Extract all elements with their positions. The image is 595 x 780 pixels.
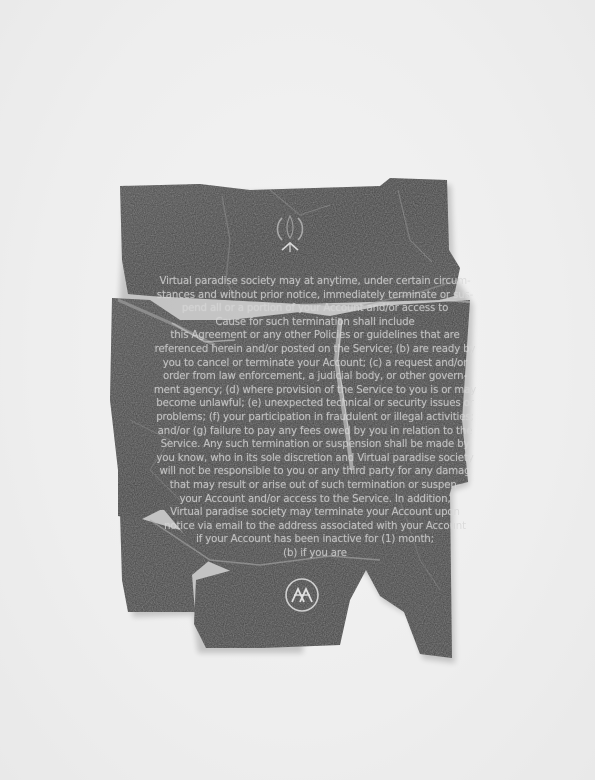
text-line: (b) if you are xyxy=(150,547,480,561)
candle-flame-emblem-icon xyxy=(268,210,312,254)
text-line: this Agreement or any other Policies or … xyxy=(150,329,480,343)
text-line: pend all or a portion of your Account an… xyxy=(150,302,480,316)
text-line: ment agency; (d) where provision of the … xyxy=(150,384,480,398)
text-line: Virtual paradise society may terminate y… xyxy=(150,506,480,520)
text-line: problems; (f) your participation in frau… xyxy=(150,411,480,425)
text-line: and/or (g) failure to pay any fees owed … xyxy=(150,425,480,439)
text-line: Virtual paradise society may at anytime,… xyxy=(150,275,480,289)
text-line: you to cancel or terminate your Account;… xyxy=(150,357,480,371)
text-line: stances and without prior notice, immedi… xyxy=(150,289,480,303)
text-line: if your Account has been inactive for (1… xyxy=(150,533,480,547)
circle-double-triangle-emblem-icon xyxy=(282,575,322,615)
text-line: Cause for such termination shall include xyxy=(150,316,480,330)
text-line: order from law enforcement, a judicial b… xyxy=(150,370,480,384)
text-line: notice via email to the address associat… xyxy=(150,520,480,534)
text-line: Service. Any such termination or suspens… xyxy=(150,438,480,452)
text-line: referenced herein and/or posted on the S… xyxy=(150,343,480,357)
embossed-terms-text: Virtual paradise society may at anytime,… xyxy=(150,275,480,560)
text-line: you know, who in its sole discretion and… xyxy=(150,452,480,466)
text-line: become unlawful; (e) unexpected technica… xyxy=(150,397,480,411)
text-line: will not be responsible to you or any th… xyxy=(150,465,480,479)
text-line: your Account and/or access to the Servic… xyxy=(150,493,480,507)
text-line: that may result or arise out of such ter… xyxy=(150,479,480,493)
